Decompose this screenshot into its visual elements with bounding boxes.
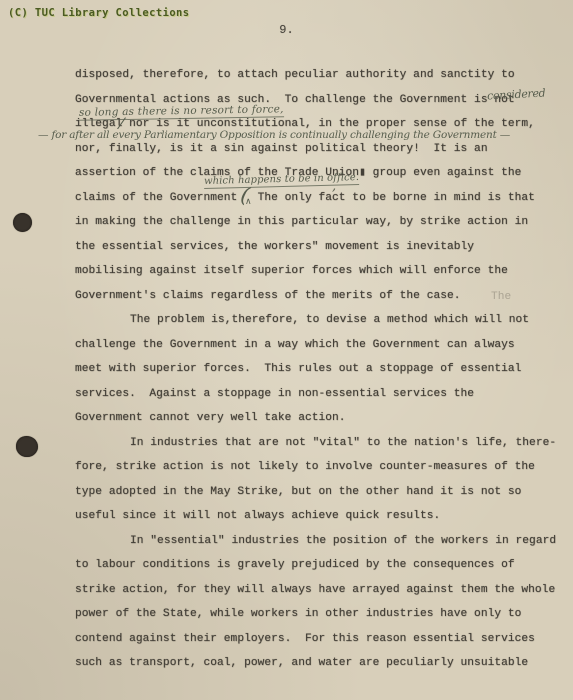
typed-line: meet with superior forces. This rules ou… [75,357,567,382]
faint-erased-word: The [491,291,511,303]
typed-line: to labour conditions is gravely prejudic… [75,553,567,578]
typed-line: power of the State, while workers in oth… [75,602,567,627]
handwritten-comma-mark-icon: , [332,179,336,194]
typed-line: type adopted in the May Strike, but on t… [75,480,567,505]
typed-line: strike action, for they will always have… [75,578,567,603]
typed-line: such as transport, coal, power, and wate… [75,651,567,676]
typed-line: In "essential" industries the position o… [75,529,567,554]
typed-line: fore, strike action is not likely to inv… [75,455,567,480]
typed-line: claims of the Government The only fact t… [75,186,567,211]
typed-line: The problem is,therefore, to devise a me… [75,308,567,333]
typed-line: challenge the Government in a way which … [75,333,567,358]
typed-line: mobilising against itself superior force… [75,259,567,284]
library-watermark: (C) TUC Library Collections [8,7,189,19]
hole-punch-icon [13,213,32,232]
typed-line: In industries that are not "vital" to th… [75,431,567,456]
hole-punch-icon [16,436,38,457]
typed-line: services. Against a stoppage in non-esse… [75,382,567,407]
typed-line: in making the challenge in this particul… [75,210,567,235]
typed-text-block: disposed, therefore, to attach peculiar … [75,63,567,676]
typed-line: contend against their employers. For thi… [75,627,567,652]
page-number: 9. [0,23,573,37]
handwritten-annotation-parliamentary-opposition: — for after all every Parliamentary Oppo… [38,129,510,141]
typed-line: the essential services, the workers" mov… [75,235,567,260]
scanned-document-page: (C) TUC Library Collections 9. disposed,… [0,0,573,700]
insertion-caret-mark-icon: ∧ [245,197,252,207]
typed-line: useful since it will not always achieve … [75,504,567,529]
typed-line: disposed, therefore, to attach peculiar … [75,63,567,88]
typed-line: Government cannot very well take action. [75,406,567,431]
